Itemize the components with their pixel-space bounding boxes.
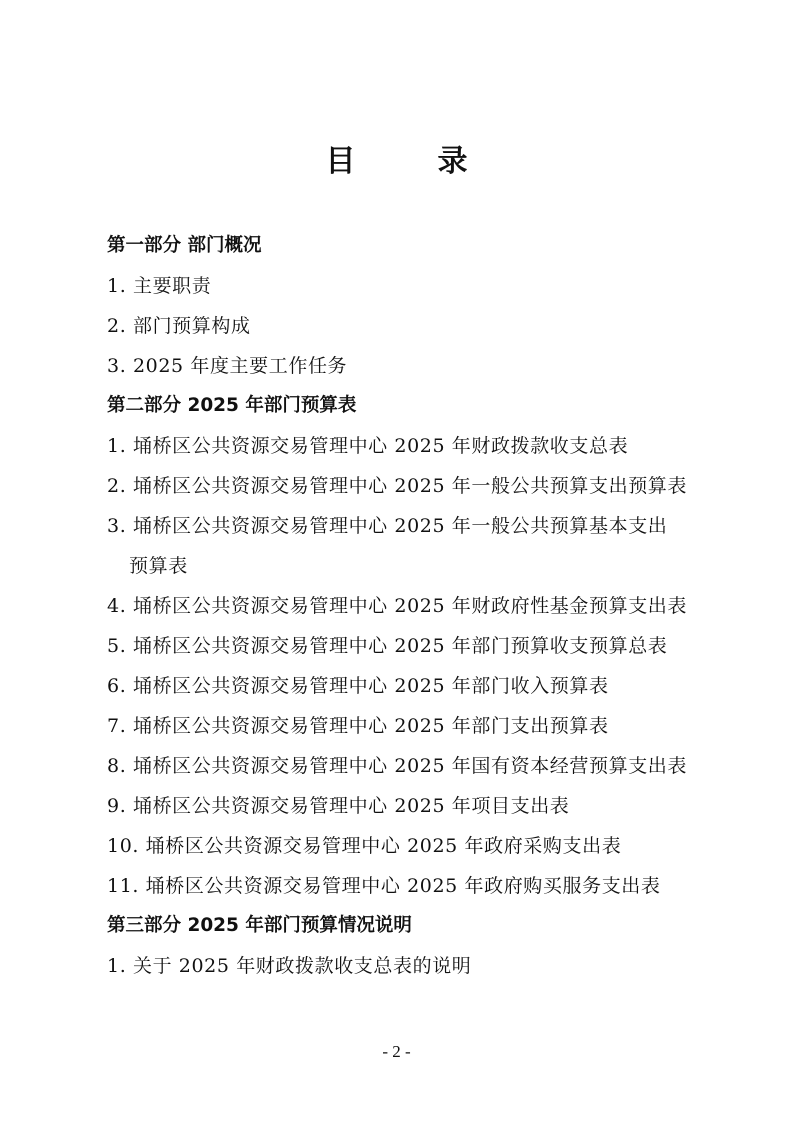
toc-section-part-2[interactable]: 第二部分 2025 年部门预算表 [107, 386, 707, 426]
toc-item-continuation[interactable]: 预算表 [107, 546, 707, 586]
toc-item[interactable]: 5. 埇桥区公共资源交易管理中心 2025 年部门预算收支预算总表 [107, 626, 707, 666]
toc-item[interactable]: 1. 埇桥区公共资源交易管理中心 2025 年财政拨款收支总表 [107, 426, 707, 466]
toc-item[interactable]: 3. 埇桥区公共资源交易管理中心 2025 年一般公共预算基本支出 [107, 506, 707, 546]
toc-item[interactable]: 3. 2025 年度主要工作任务 [107, 346, 707, 386]
toc-item[interactable]: 2. 埇桥区公共资源交易管理中心 2025 年一般公共预算支出预算表 [107, 466, 707, 506]
toc-item[interactable]: 1. 关于 2025 年财政拨款收支总表的说明 [107, 946, 707, 986]
toc-section-part-3[interactable]: 第三部分 2025 年部门预算情况说明 [107, 906, 707, 946]
page-title: 目 录 [0, 140, 793, 184]
toc-item[interactable]: 6. 埇桥区公共资源交易管理中心 2025 年部门收入预算表 [107, 666, 707, 706]
toc-item[interactable]: 9. 埇桥区公共资源交易管理中心 2025 年项目支出表 [107, 786, 707, 826]
toc-item[interactable]: 2. 部门预算构成 [107, 306, 707, 346]
page-number: - 2 - [0, 1040, 793, 1064]
toc-item[interactable]: 7. 埇桥区公共资源交易管理中心 2025 年部门支出预算表 [107, 706, 707, 746]
toc-item[interactable]: 8. 埇桥区公共资源交易管理中心 2025 年国有资本经营预算支出表 [107, 746, 707, 786]
table-of-contents: 第一部分 部门概况 1. 主要职责 2. 部门预算构成 3. 2025 年度主要… [107, 226, 707, 986]
toc-item[interactable]: 4. 埇桥区公共资源交易管理中心 2025 年财政府性基金预算支出表 [107, 586, 707, 626]
toc-item[interactable]: 1. 主要职责 [107, 266, 707, 306]
toc-item[interactable]: 11. 埇桥区公共资源交易管理中心 2025 年政府购买服务支出表 [107, 866, 707, 906]
toc-item[interactable]: 10. 埇桥区公共资源交易管理中心 2025 年政府采购支出表 [107, 826, 707, 866]
toc-section-part-1[interactable]: 第一部分 部门概况 [107, 226, 707, 266]
